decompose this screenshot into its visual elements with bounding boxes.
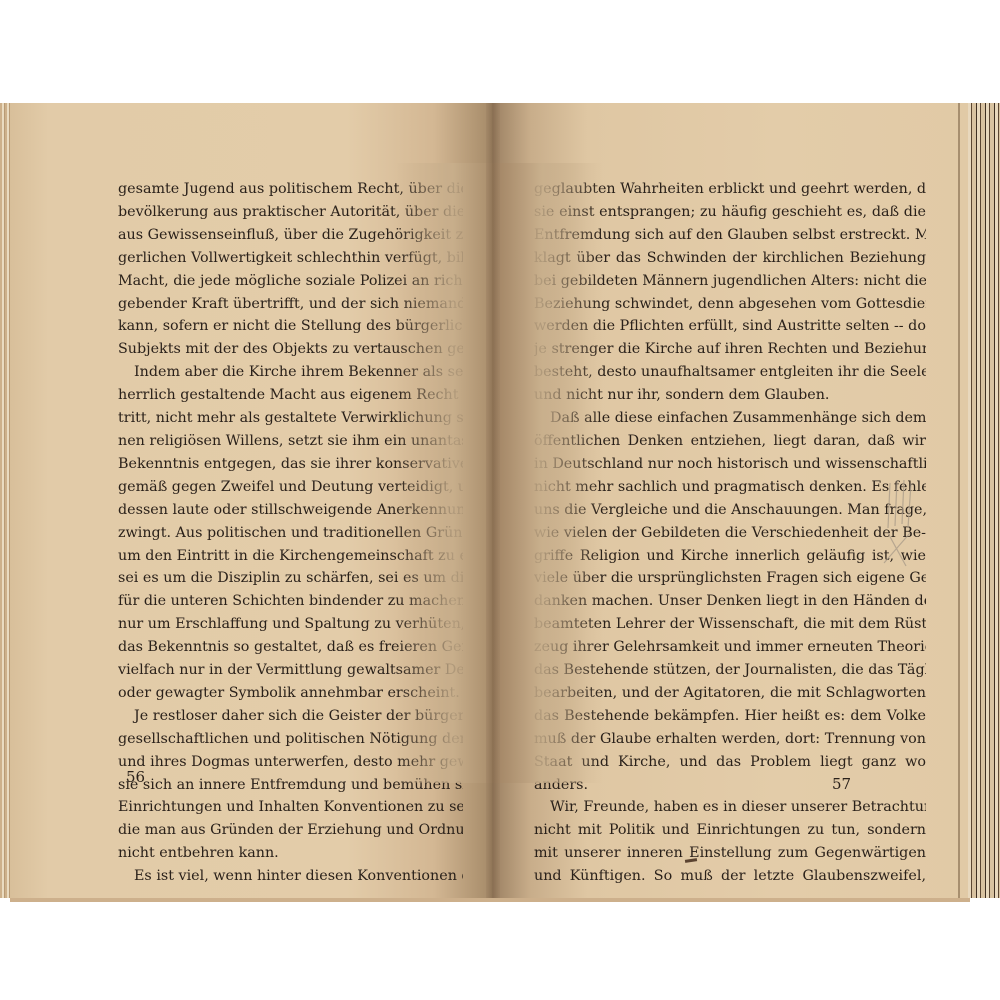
text-line: uns die Vergleiche und die Anschauungen.… (534, 499, 926, 522)
pencil-tally-mark-icon (880, 478, 920, 568)
text-line: Beziehung schwindet, denn abgesehen vom … (534, 293, 926, 316)
text-line: gebender Kraft übertrifft, und der sich … (118, 293, 463, 316)
text-line: gesellschaftlichen und politischen Nötig… (118, 728, 463, 751)
text-line: um den Eintritt in die Kirchengemeinscha… (118, 545, 463, 568)
right-page-text: geglaubten Wahrheiten erblickt und geehr… (534, 178, 926, 888)
text-line: nur um Erschlaffung und Spaltung zu verh… (118, 613, 463, 636)
text-line: gesamte Jugend aus politischem Recht, üb… (118, 178, 463, 201)
text-line: Subjekts mit der des Objekts zu vertausc… (118, 338, 463, 361)
text-line: werden die Pflichten erfüllt, sind Austr… (534, 315, 926, 338)
text-line: das Bekenntnis so gestaltet, daß es frei… (118, 636, 463, 659)
text-line: bei gebildeten Männern jugendlichen Alte… (534, 270, 926, 293)
text-line: klagt über das Schwinden der kirchlichen… (534, 247, 926, 270)
text-line: herrlich gestaltende Macht aus eigenem R… (118, 384, 463, 407)
text-line: geglaubten Wahrheiten erblickt und geehr… (534, 178, 926, 201)
text-line: zwingt. Aus politischen und traditionell… (118, 522, 463, 545)
text-line: Je restloser daher sich die Geister der … (118, 705, 463, 728)
text-line: Bekenntnis entgegen, das sie ihrer konse… (118, 453, 463, 476)
text-line: Staat und Kirche, und das Problem liegt … (534, 751, 926, 774)
text-line: sie sich an innere Entfremdung und bemüh… (118, 774, 463, 797)
text-line: das Bestehende stützen, der Journalisten… (534, 659, 926, 682)
right-page-edges (968, 103, 1000, 898)
text-line: vielfach nur in der Vermittlung gewaltsa… (118, 659, 463, 682)
text-line: nen religiösen Willens, setzt sie ihm ei… (118, 430, 463, 453)
text-line: Wir, Freunde, haben es in dieser unserer… (534, 796, 926, 819)
text-line: bearbeiten, und der Agitatoren, die mit … (534, 682, 926, 705)
text-line: bevölkerung aus praktischer Autorität, ü… (118, 201, 463, 224)
text-line: und Künftigen. So muß der letzte Glauben… (534, 865, 926, 888)
open-book: gesamte Jugend aus politischem Recht, üb… (0, 103, 1000, 898)
text-line: Entfremdung sich auf den Glauben selbst … (534, 224, 926, 247)
page-number-left: 56 (126, 768, 145, 786)
text-line: für die unteren Schichten bindender zu m… (118, 590, 463, 613)
text-line: Es ist viel, wenn hinter diesen Konventi… (118, 865, 463, 888)
text-line: je strenger die Kirche auf ihren Rechten… (534, 338, 926, 361)
text-line: sei es um die Disziplin zu schärfen, sei… (118, 567, 463, 590)
text-line: Macht, die jede mögliche soziale Polizei… (118, 270, 463, 293)
text-line: gemäß gegen Zweifel und Deutung verteidi… (118, 476, 463, 499)
text-line: tritt, nicht mehr als gestaltete Verwirk… (118, 407, 463, 430)
text-line: und ihres Dogmas unterwerfen, desto mehr… (118, 751, 463, 774)
text-line: nicht entbehren kann. (118, 842, 463, 865)
text-line: anders. (534, 774, 926, 797)
left-page-text: gesamte Jugend aus politischem Recht, üb… (118, 178, 463, 888)
text-line: die man aus Gründen der Erziehung und Or… (118, 819, 463, 842)
text-line: viele über die ursprünglichsten Fragen s… (534, 567, 926, 590)
text-line: dessen laute oder stillschweigende Anerk… (118, 499, 463, 522)
text-line: Daß alle diese einfachen Zusammenhänge s… (534, 407, 926, 430)
text-line: und nicht nur ihr, sondern dem Glauben. (534, 384, 926, 407)
text-line: kann, sofern er nicht die Stellung des b… (118, 315, 463, 338)
text-line: Einrichtungen und Inhalten Konventionen … (118, 796, 463, 819)
text-line: besteht, desto unaufhaltsamer entgleiten… (534, 361, 926, 384)
text-line: danken machen. Unser Denken liegt in den… (534, 590, 926, 613)
text-line: in Deutschland nur noch historisch und w… (534, 453, 926, 476)
text-line: griffe Religion und Kirche innerlich gel… (534, 545, 926, 568)
text-line: zeug ihrer Gelehrsamkeit und immer erneu… (534, 636, 926, 659)
text-line: gerlichen Vollwertigkeit schlechthin ver… (118, 247, 463, 270)
text-line: oder gewagter Symbolik annehmbar erschei… (118, 682, 463, 705)
text-line: nicht mit Politik und Einrichtungen zu t… (534, 819, 926, 842)
text-line: sie einst entsprangen; zu häufig geschie… (534, 201, 926, 224)
text-line: mit unserer inneren Einstellung zum Gege… (534, 842, 926, 865)
text-line: beamteten Lehrer der Wissenschaft, die m… (534, 613, 926, 636)
text-line: Indem aber die Kirche ihrem Bekenner als… (118, 361, 463, 384)
text-line: wie vielen der Gebildeten die Verschiede… (534, 522, 926, 545)
page-number-right: 57 (832, 775, 851, 793)
text-line: aus Gewissenseinfluß, über die Zugehörig… (118, 224, 463, 247)
torn-page-edge (958, 103, 968, 898)
book-gutter (486, 103, 500, 898)
text-line: nicht mehr sachlich und pragmatisch denk… (534, 476, 926, 499)
left-page: gesamte Jugend aus politischem Recht, üb… (10, 103, 492, 902)
text-line: öffentlichen Denken entziehen, liegt dar… (534, 430, 926, 453)
text-line: das Bestehende bekämpfen. Hier heißt es:… (534, 705, 926, 728)
text-line: muß der Glaube erhalten werden, dort: Tr… (534, 728, 926, 751)
